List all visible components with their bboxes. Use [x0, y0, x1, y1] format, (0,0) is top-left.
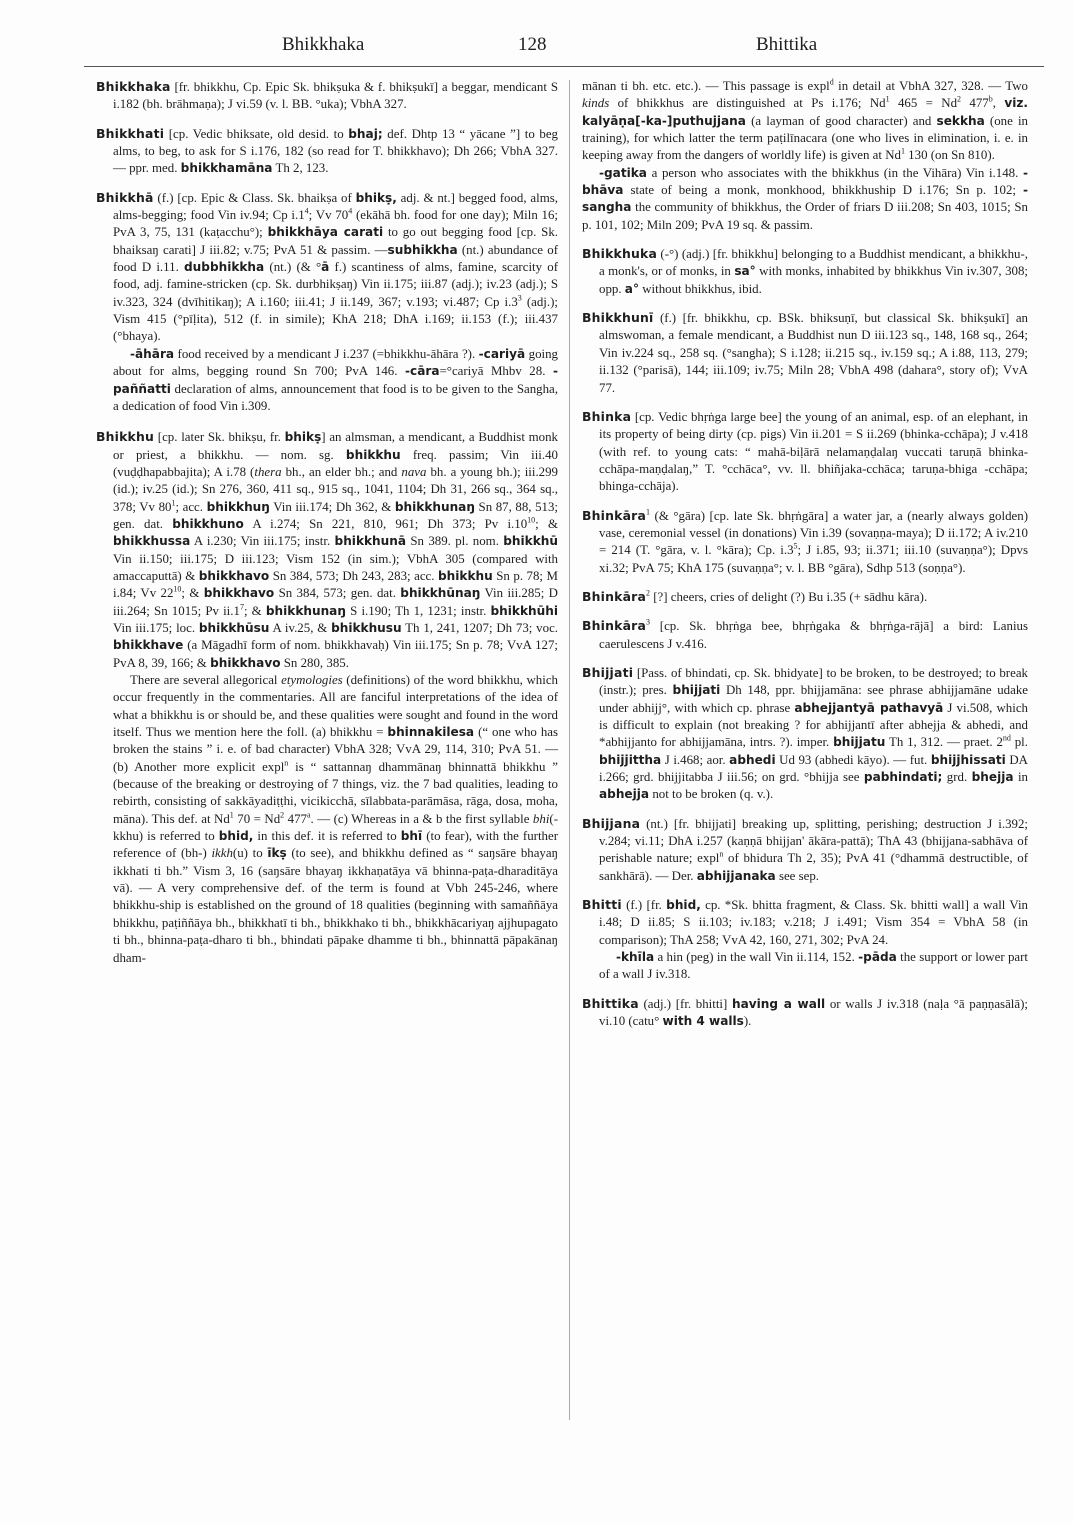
bold-term: abhedi: [729, 753, 775, 767]
headword: Bhikkhati: [96, 126, 164, 141]
bold-term: bhikkhuŋ: [207, 500, 270, 514]
left-guide-word: Bhikkhaka: [282, 34, 364, 56]
root-term: bhaj;: [348, 127, 382, 141]
entry-bhinka: Bhinka [cp. Vedic bhṛṅga large bee] the …: [582, 408, 1028, 496]
bold-term: bhijjittha: [599, 753, 661, 767]
column-divider: [569, 80, 570, 1420]
bold-term: abhejja: [599, 787, 649, 801]
compound-term: dubbhikkha: [184, 260, 264, 274]
italic-term: kinds: [582, 96, 609, 110]
bold-term: abhijjanaka: [697, 869, 776, 883]
headword: Bhittika: [582, 996, 639, 1011]
italic-term: thera: [254, 465, 281, 479]
entry-body: -khīla a hin (peg) in the wall Vin ii.11…: [599, 950, 1028, 981]
entry-bhittika: Bhittika (adj.) [fr. bhitti] having a wa…: [582, 995, 1028, 1031]
bold-term: having a wall: [732, 997, 825, 1011]
superscript: n: [284, 758, 288, 767]
superscript: 2: [957, 95, 961, 104]
running-header: Bhikkhaka 128 Bhittika: [84, 34, 1034, 58]
superscript: b: [989, 95, 993, 104]
bold-term: -pāda: [858, 950, 897, 964]
right-column: mānan ti bh. etc. etc.). — This passage …: [582, 78, 1028, 1042]
bold-term: bhikkhavo: [199, 569, 269, 583]
bold-term: bhikkhunaŋ: [395, 500, 475, 514]
entry-text: (f.) [cp. Epic & Class. Sk. bhaikṣa of: [154, 191, 356, 205]
bold-term: bhikkhavo: [204, 586, 274, 600]
headword: Bhitti: [582, 897, 622, 912]
headword: Bhikkhā: [96, 190, 154, 205]
compound-term: -cariyā: [479, 347, 526, 361]
entry-bhitti: Bhitti (f.) [fr. bhid, cp. *Sk. bhitta f…: [582, 896, 1028, 984]
entry-bhikkhati: Bhikkhati [cp. Vedic bhiksate, old desid…: [96, 125, 558, 178]
superscript: a: [307, 810, 311, 819]
superscript: 1: [171, 498, 175, 507]
bold-term: bhikkhu: [346, 448, 401, 462]
compounds-paragraph: -āhāra food received by a mendicant J i.…: [113, 346, 558, 415]
compounds-paragraph: -khīla a hin (peg) in the wall Vin ii.11…: [599, 949, 1028, 984]
headword: Bhinkāra: [582, 508, 646, 523]
entry-body: mānan ti bh. etc. etc.). — This passage …: [582, 79, 1028, 162]
entry-body: (nt.) [fr. bhijjati] breaking up, splitt…: [599, 817, 1028, 883]
entry-bhikkhu: Bhikkhu [cp. later Sk. bhikṣu, fr. bhikṣ…: [96, 428, 558, 967]
bold-term: -sangha: [582, 183, 1028, 214]
entry-body: [cp. Vedic bhṛṅga large bee] the young o…: [599, 410, 1028, 493]
headword: Bhinkāra: [582, 618, 646, 633]
headword: Bhikkhu: [96, 429, 154, 444]
bold-term: bhikkhu: [438, 569, 493, 583]
entry-text: =°cariyā Mhbv 28.: [440, 364, 553, 378]
compound-term: bhikkhāya carati: [268, 225, 384, 239]
superscript: 10: [173, 585, 181, 594]
headword: Bhinka: [582, 409, 631, 424]
headword: Bhinkāra: [582, 589, 646, 604]
bold-term: sekkha: [937, 114, 985, 128]
bold-term: bhikkhū: [503, 534, 558, 548]
superscript: n: [719, 850, 723, 859]
bold-term: bhikkhusu: [331, 621, 402, 635]
entry-body: -gatika a person who associates with the…: [582, 166, 1028, 232]
entry-body: [Pass. of bhindati, cp. Sk. bhidyate] to…: [599, 666, 1028, 801]
entry-body: [cp. later Sk. bhikṣu, fr. bhikṣ] an alm…: [113, 430, 558, 669]
left-column: Bhikkhaka [fr. bhikkhu, Cp. Epic Sk. bhi…: [96, 78, 558, 978]
compound-term: -cāra: [405, 364, 439, 378]
entry-body: There are several allegorical etymologie…: [113, 673, 558, 965]
bold-term: bhī: [401, 829, 422, 843]
entry-body: Th 2, 123.: [272, 161, 328, 175]
italic-term: bhi: [533, 812, 549, 826]
entry-body: [fr. bhikkhu, Cp. Epic Sk. bhikṣuka & f.…: [113, 80, 558, 111]
bold-term: bhikkhunā: [335, 534, 407, 548]
bold-term: bhikkhave: [113, 638, 183, 652]
superscript: 10: [527, 516, 535, 525]
bold-term: -gatika: [599, 166, 647, 180]
header-rule: [84, 66, 1044, 67]
bold-term: -bhāva: [582, 166, 1028, 197]
entry-bhijjana: Bhijjana (nt.) [fr. bhijjati] breaking u…: [582, 815, 1028, 885]
etymology-paragraph: There are several allegorical etymologie…: [113, 672, 558, 967]
bold-term: sa°: [734, 264, 755, 278]
bold-term: bhid,: [666, 898, 701, 912]
root-term: bhikṣ,: [356, 191, 397, 205]
entry-text: food received by a mendicant J i.237 (=b…: [174, 347, 479, 361]
bold-term: bhikkhussa: [113, 534, 190, 548]
right-guide-word: Bhittika: [756, 34, 817, 56]
bold-term: abhejjantyā pathavyā: [794, 701, 943, 715]
superscript: 1: [886, 95, 890, 104]
entry-body: (adj.) [fr. bhitti] having a wall or wal…: [599, 997, 1028, 1028]
bold-term: bhikṣ: [285, 430, 322, 444]
bold-term: a°: [625, 282, 639, 296]
entry-bhikkha: Bhikkhā (f.) [cp. Epic & Class. Sk. bhai…: [96, 189, 558, 415]
superscript: 1: [230, 810, 234, 819]
italic-term: nava: [401, 465, 426, 479]
bold-term: pabhindati;: [864, 770, 942, 784]
bold-term: bhejja: [972, 770, 1014, 784]
bold-term: bhid,: [219, 829, 254, 843]
superscript: nd: [1003, 734, 1011, 743]
entry-text: (nt.) (& °: [264, 260, 321, 274]
entry-body: [cp. Sk. bhṛṅga bee, bhṛṅgaka & bhṛṅga-r…: [599, 619, 1028, 650]
entry-body: (f.) [fr. bhid, cp. *Sk. bhitta fragment…: [599, 898, 1028, 947]
entry-bhijjati: Bhijjati [Pass. of bhindati, cp. Sk. bhi…: [582, 664, 1028, 804]
compound-term: -āhāra: [130, 347, 174, 361]
entry-text: ; Vv 70: [309, 208, 349, 222]
page-number: 128: [518, 34, 547, 56]
bold-term: bhikkhavo: [210, 656, 280, 670]
headword: Bhikkhaka: [96, 79, 171, 94]
entry-bhikkhuka: Bhikkhuka (-°) (adj.) [fr. bhikkhu] belo…: [582, 245, 1028, 298]
headword: Bhikkhunī: [582, 310, 654, 325]
entry-bhikkhaka: Bhikkhaka [fr. bhikkhu, Cp. Epic Sk. bhi…: [96, 78, 558, 114]
headword: Bhijjati: [582, 665, 633, 680]
entry-bhinkara-2: Bhinkāra2 [?] cheers, cries of delight (…: [582, 588, 1028, 606]
bold-term: -khīla: [616, 950, 654, 964]
entry-bhinkara-3: Bhinkāra3 [cp. Sk. bhṛṅga bee, bhṛṅgaka …: [582, 617, 1028, 653]
bold-term: īkṣ: [267, 846, 286, 860]
compound-term: subhikkha: [388, 243, 458, 257]
bold-term: bhinnakilesa: [387, 725, 474, 739]
bold-term: bhijjhissati: [931, 753, 1006, 767]
entry-bhikkhu-continued: mānan ti bh. etc. etc.). — This passage …: [582, 78, 1028, 234]
bold-term: bhikkhuno: [172, 517, 244, 531]
bold-term: bhikkhūsu: [199, 621, 270, 635]
bold-term: bhikkhūhi: [491, 604, 558, 618]
entry-text: declaration of alms, announcement that f…: [113, 382, 558, 413]
superscript: 2: [280, 810, 284, 819]
bold-term: bhikkhunaŋ: [266, 604, 346, 618]
entry-body: (f.) [fr. bhikkhu, cp. BSk. bhiksuṇī, bu…: [599, 311, 1028, 394]
bold-term: bhikkhūnaŋ: [400, 586, 480, 600]
superscript: d: [830, 78, 834, 87]
italic-term: ikkh: [211, 846, 232, 860]
italic-term: etymologies: [281, 673, 343, 687]
superscript: 7: [240, 602, 244, 611]
bold-term: bhijjatu: [833, 735, 885, 749]
superscript: 1: [901, 147, 905, 156]
derived-form: bhikkhamāna: [181, 161, 273, 175]
entry-body: [?] cheers, cries of delight (?) Bu i.35…: [650, 590, 927, 604]
compounds-paragraph: -gatika a person who associates with the…: [582, 165, 1028, 234]
headword: Bhikkhuka: [582, 246, 657, 261]
headword: Bhijjana: [582, 816, 640, 831]
entry-body: [cp. Vedic bhiksate, old desid. to: [164, 127, 348, 141]
bold-term: bhijjati: [673, 683, 721, 697]
bold-term: with 4 walls: [663, 1014, 744, 1028]
entry-bhikkhuni: Bhikkhunī (f.) [fr. bhikkhu, cp. BSk. bh…: [582, 309, 1028, 397]
entry-body: (-°) (adj.) [fr. bhikkhu] belonging to a…: [599, 247, 1028, 296]
entry-bhinkara-1: Bhinkāra1 (& °gāra) [cp. late Sk. bhṛṅgā…: [582, 507, 1028, 577]
